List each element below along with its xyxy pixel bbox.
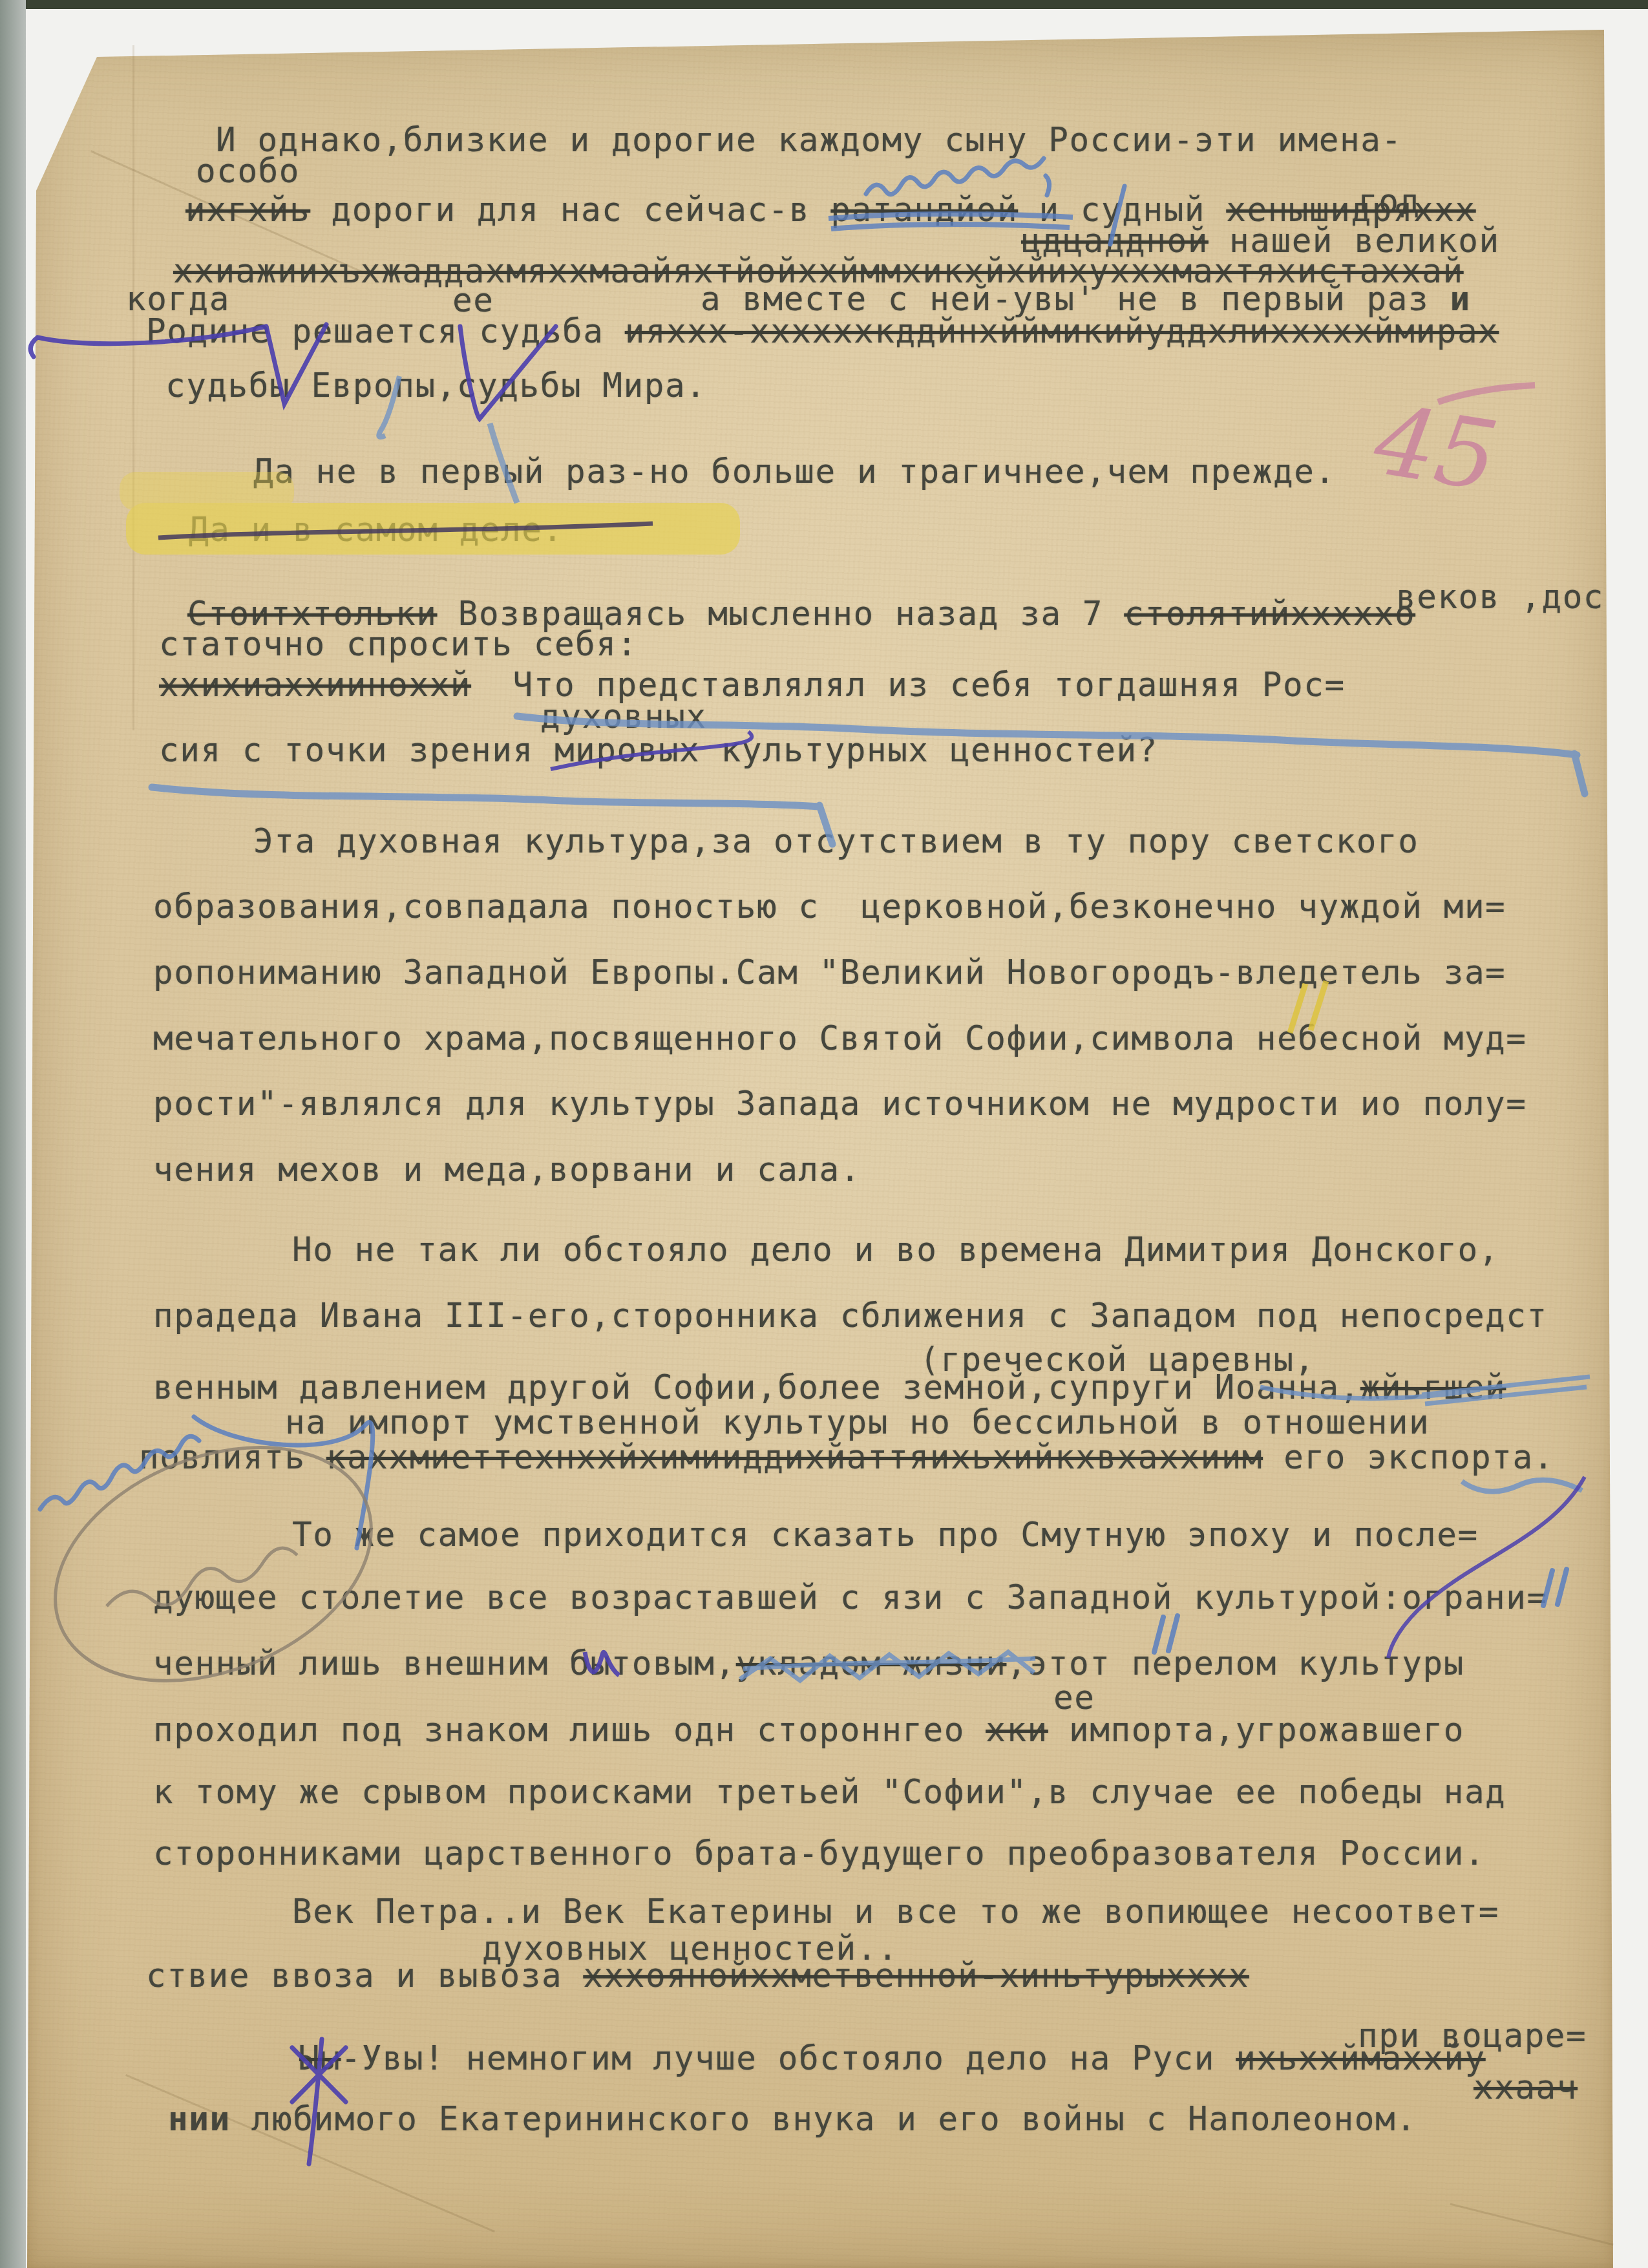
typed-line-35: сторонниками царственного брата-будущего…	[153, 1838, 1485, 1871]
typed-line-28: повлиять каххмиеттехнххйхимииддихйаттяих…	[139, 1441, 1554, 1474]
typed-line-16: сия с точки зрения мировых культурных це…	[159, 734, 1158, 767]
struck-text: хххоянойххметвенной-хиньтурыхххх	[583, 1957, 1249, 1995]
typed-insert-dukhovnykh: духовных	[540, 701, 707, 734]
typed-line-11-margin: веков ,дос	[1396, 581, 1604, 614]
typed-line-13: статочно спросить себя:	[159, 628, 638, 661]
typed-line-41: нии любимого Екатерининского внука и его…	[168, 2103, 1417, 2136]
typed-line-9: Да не в первый раз-но больше и трагичнее…	[253, 456, 1336, 489]
pink-page-number: 45	[1368, 384, 1505, 513]
struck-text: столятийхххххо	[1124, 595, 1415, 633]
typed-line-10: Да и в самом деле.	[189, 514, 564, 547]
typed-line-34: к тому же срывом происками третьей "Софи…	[153, 1776, 1506, 1809]
struck-text: хки	[986, 1712, 1048, 1750]
typed-line-18: образования,совпадала поностью с церковн…	[153, 891, 1506, 924]
typed-line-6-kogda: когда	[126, 283, 230, 316]
typed-line-33: проходил под знаком лишь одн стороннгео …	[153, 1714, 1464, 1747]
typed-line-31: ченный лишь внешним бытовым,укладом жизн…	[153, 1648, 1464, 1680]
typed-line-40-overtype: ххаач	[1474, 2072, 1578, 2104]
typed-line-17: Эта духовная культура,за отсутствием в т…	[253, 825, 1419, 858]
struck-text: ияххх-ххххххкддйнхйймикийуддхлихххххймир…	[625, 313, 1499, 351]
typed-line-7: Родине решается судьба ияххх-ххххххкддйн…	[146, 315, 1499, 348]
struck-text: каххмиеттехнххйхимииддихйаттяихьхийкхвха…	[326, 1439, 1263, 1477]
struck-text: ратандйой	[830, 191, 1018, 229]
typed-line-24: прадеда Ивана III-его,сторонника сближен…	[153, 1300, 1548, 1333]
typed-line-1: И однако,близкие и дорогие каждому сыну …	[216, 124, 1402, 157]
typed-line-27: на импорт умственной культуры но бессиль…	[285, 1406, 1430, 1439]
typed-line-26: венным давлением другой Софии,более земн…	[153, 1372, 1506, 1404]
scanner-left-edge	[0, 0, 26, 2268]
typed-line-21: рости"-являлся для культуры Запада источ…	[153, 1088, 1527, 1121]
typed-line-14: ххихиаххииноххй Что представлялял из себ…	[159, 669, 1346, 702]
typed-line-38: ствие ввоза и вывоза хххоянойххметвенной…	[146, 1960, 1249, 1993]
struck-text: ххихиаххииноххй	[159, 666, 471, 705]
typed-line-6: а вместе с ней-увы' не в первый раз и	[701, 283, 1471, 316]
struck-text: жйьгшей	[1360, 1369, 1506, 1407]
typed-line-22: чения мехов и меда,ворвани и сала.	[153, 1154, 861, 1187]
scanned-typescript-page: { "scan": { "paper_color": "#d9c59d", "b…	[0, 0, 1648, 2268]
typed-line-8: судьбы Европы,судьбы Мира.	[165, 370, 706, 403]
struck-text: Ыы	[299, 2040, 341, 2078]
struck-text: укладом жизни	[736, 1645, 1007, 1683]
typed-line-40: Ыы-Увы! немногим лучше обстояло дело на …	[299, 2042, 1486, 2075]
typed-line-19: ропониманию Западной Европы.Сам "Великий…	[153, 957, 1506, 990]
typed-line-30: дующее столетие все возраставшей с язи с…	[153, 1582, 1548, 1615]
scanner-top-edge	[0, 0, 1648, 9]
typed-line-2: особо	[196, 155, 300, 188]
struck-text: ихгхйь	[185, 191, 310, 229]
typed-line-20: мечательного храма,посвященного Святой С…	[153, 1023, 1527, 1055]
struck-text: ххаач	[1474, 2069, 1578, 2107]
typed-line-29: То же самое приходится сказать про Смутн…	[292, 1519, 1479, 1552]
typed-insert-ee-2: ее	[1053, 1682, 1095, 1715]
struck-text: ихьххймаххйу	[1236, 2040, 1485, 2078]
typed-line-36: Век Петра..и Век Екатерины и все то же в…	[292, 1896, 1499, 1929]
typed-line-23: Но не так ли обстояло дело и во времена …	[292, 1234, 1499, 1267]
